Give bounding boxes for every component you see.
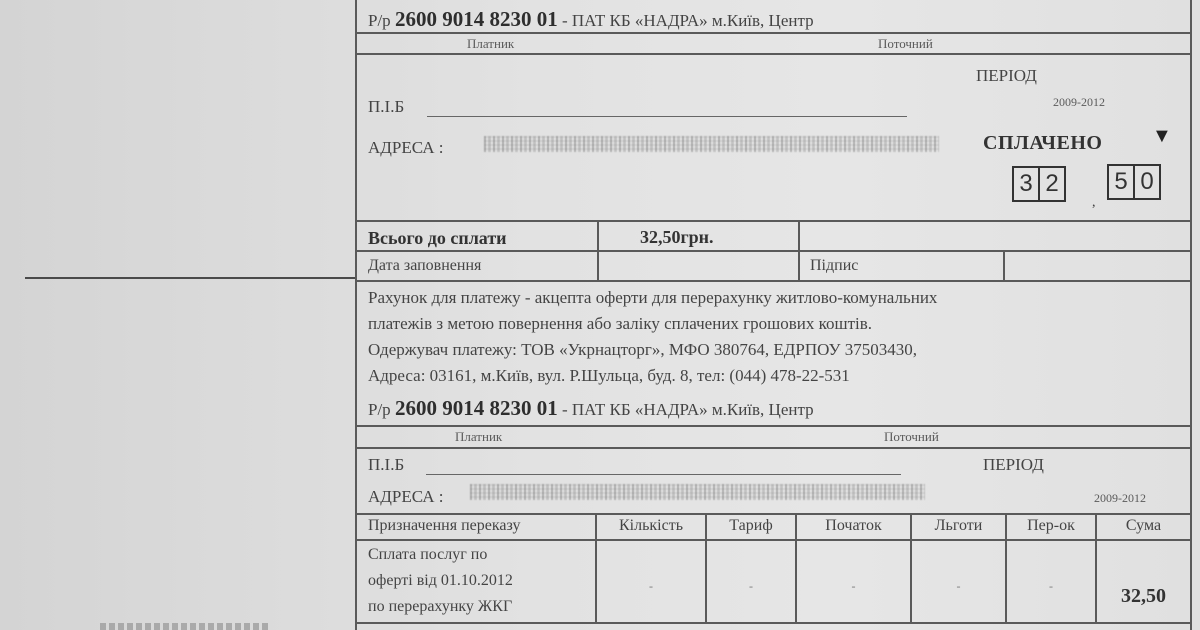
col-header-quantity: Кількість [597, 518, 705, 534]
tariff-cell: - [707, 580, 795, 592]
total-value: 32,50грн. [640, 228, 714, 246]
paid-digit: 5 [1107, 164, 1135, 200]
sum-cell: 32,50 [1097, 586, 1190, 606]
period-label: ПЕРІОД [976, 67, 1037, 84]
address-label: АДРЕСА : [368, 139, 443, 156]
address-label: АДРЕСА : [368, 488, 443, 505]
purpose-line: по перерахунку ЖКГ [368, 599, 512, 615]
period-value: 2009-2012 [1094, 492, 1146, 504]
payer-label: Платник [455, 430, 502, 443]
divider [355, 425, 1192, 427]
signature-field[interactable] [1006, 253, 1188, 279]
name-field[interactable] [427, 116, 907, 117]
account-number: 2600 9014 8230 01 [395, 7, 558, 31]
paid-digit: 3 [1012, 166, 1040, 202]
cut-line [25, 277, 357, 279]
paid-digit: 2 [1038, 166, 1066, 202]
current-label: Поточний [884, 430, 939, 443]
total-label: Всього до сплати [368, 229, 507, 247]
col-header-start: Початок [797, 518, 910, 534]
name-field[interactable] [426, 474, 901, 475]
recalc-cell: - [1007, 580, 1095, 592]
receipt-description-line: Рахунок для платежу - акцепта оферти для… [368, 289, 937, 306]
purpose-line: Сплата послуг по [368, 547, 487, 563]
col-header-sum: Сума [1097, 518, 1190, 534]
current-label: Поточний [878, 37, 933, 50]
account-prefix: Р/р [368, 11, 391, 30]
period-label: ПЕРІОД [983, 456, 1044, 473]
paid-label: СПЛАЧЕНО [983, 133, 1102, 153]
divider [798, 220, 800, 282]
form-left-border [355, 0, 357, 630]
divider [1003, 250, 1005, 282]
account-prefix: Р/р [368, 400, 391, 419]
divider [355, 53, 1192, 55]
divider [355, 280, 1192, 282]
fill-date-label: Дата заповнення [368, 258, 481, 274]
col-header-tariff: Тариф [707, 518, 795, 534]
receipt-description-line: платежів з метою повернення або заліку с… [368, 315, 872, 332]
cropped-text-fragment [100, 623, 270, 630]
paid-digit: 0 [1133, 164, 1161, 200]
divider [355, 220, 1192, 222]
bank-name: - ПАТ КБ «НАДРА» м.Київ, Центр [562, 11, 814, 30]
divider [355, 513, 1192, 515]
address-redacted [484, 136, 939, 152]
payer-label: Платник [467, 37, 514, 50]
form-right-border [1190, 0, 1192, 630]
receipt-description-line: Адреса: 03161, м.Київ, вул. Р.Шульца, бу… [368, 367, 850, 384]
divider [355, 447, 1192, 449]
paid-separator: , [1092, 196, 1096, 210]
receipt-account-line: Р/р 2600 9014 8230 01 - ПАТ КБ «НАДРА» м… [368, 398, 814, 419]
col-header-purpose: Призначення переказу [368, 518, 520, 534]
divider [355, 250, 1192, 252]
account-number: 2600 9014 8230 01 [395, 396, 558, 420]
period-value: 2009-2012 [1053, 96, 1105, 108]
bank-name: - ПАТ КБ «НАДРА» м.Київ, Центр [562, 400, 814, 419]
divider [355, 622, 1192, 624]
col-header-recalc: Пер-ок [1007, 518, 1095, 534]
divider [355, 32, 1192, 34]
purpose-line: оферті від 01.10.2012 [368, 573, 513, 589]
divider [355, 539, 1192, 541]
signature-label: Підпис [810, 258, 858, 274]
address-redacted [470, 484, 925, 500]
name-label: П.І.Б [368, 456, 404, 473]
quantity-cell: - [597, 580, 705, 592]
name-label: П.І.Б [368, 98, 404, 115]
fill-date-field[interactable] [600, 253, 796, 279]
divider [597, 220, 599, 282]
receipt-description-line: Одержувач платежу: ТОВ «Укрнацторг», МФО… [368, 341, 917, 358]
triangle-down-icon: ▼ [1152, 126, 1172, 146]
upper-account-line: Р/р 2600 9014 8230 01 - ПАТ КБ «НАДРА» м… [368, 9, 814, 30]
start-cell: - [797, 580, 910, 592]
col-header-benefits: Льготи [912, 518, 1005, 534]
benefits-cell: - [912, 580, 1005, 592]
